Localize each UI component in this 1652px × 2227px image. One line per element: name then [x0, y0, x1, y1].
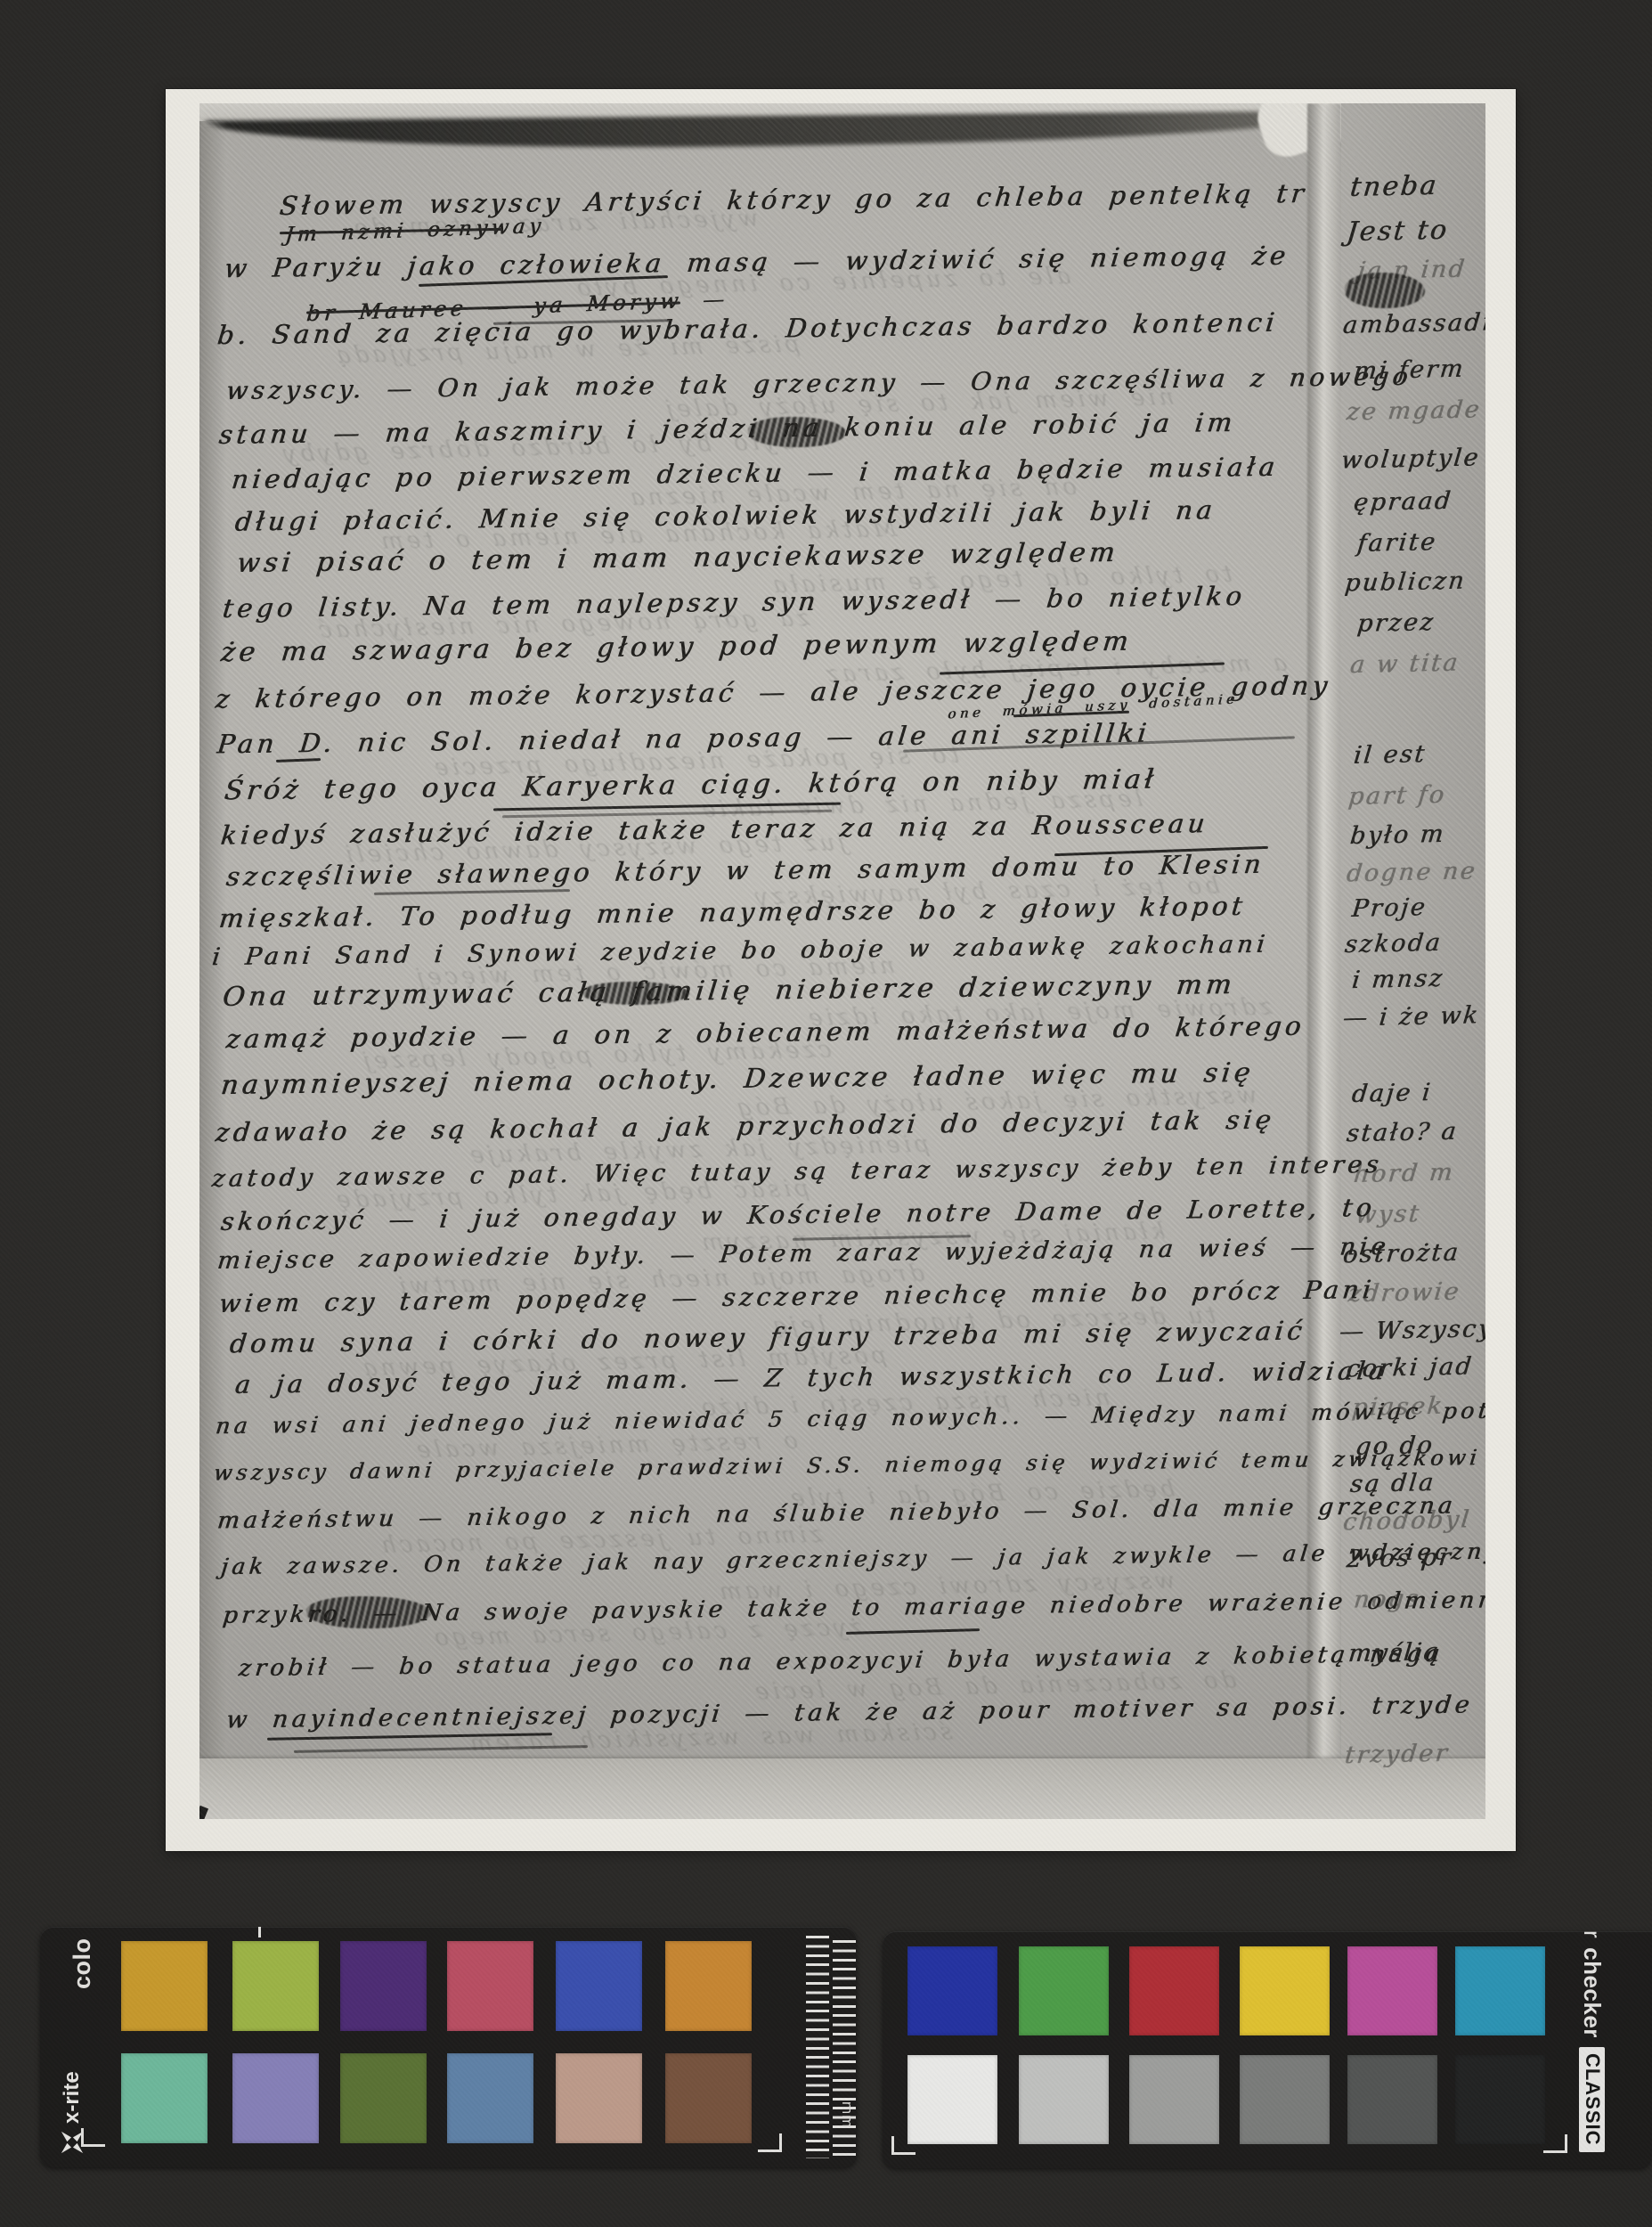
manuscript-line: wszyscy dawni przyjaciele prawdziwi S.S.…	[213, 1443, 1485, 1485]
color-patch-green	[1019, 1946, 1109, 2035]
color-patch-red	[1129, 1946, 1219, 2035]
margin-column-fragment: przez	[1355, 608, 1436, 638]
margin-column-fragment: stało? a	[1345, 1118, 1459, 1148]
mm-ruler-left-ticks	[806, 1936, 829, 2158]
corner-bracket	[1543, 2134, 1567, 2153]
margin-column-fragment: — i że wk	[1341, 1001, 1481, 1032]
margin-column-fragment: zdrowie	[1347, 1278, 1461, 1309]
corner-bracket	[758, 2133, 782, 2152]
color-patch-blue-flower	[232, 2053, 319, 2143]
ink-underline-stroke	[374, 889, 570, 895]
margin-column-fragment: — Wszyscy	[1338, 1315, 1485, 1346]
ink-scribble	[306, 1596, 431, 1628]
xrite-brand-text: x-rite	[60, 2071, 85, 2124]
color-patch-dark-skin	[665, 2053, 752, 2143]
ink-scribble	[582, 982, 689, 1005]
margin-column-fragment: part fo	[1347, 781, 1447, 811]
color-patch-cyan	[1455, 1946, 1545, 2035]
color-patch-purplish-blue	[556, 1941, 642, 2031]
margin-column-fragment: dogne ne	[1345, 857, 1477, 887]
margin-column-fragment: było m	[1348, 820, 1446, 850]
colorchecker-right-strip: orchecker CLASSIC	[883, 1931, 1652, 2168]
margin-column-fragment: ępraad	[1352, 487, 1453, 517]
registration-tick	[258, 1927, 261, 1937]
photo-paper: Słowem wszyscy Artyści którzy go za chle…	[166, 89, 1516, 1851]
margin-column-fragment: piasek	[1350, 1392, 1444, 1422]
margin-column-fragment: Proje	[1350, 893, 1428, 923]
margin-column-fragment: 2voś pr	[1345, 1544, 1453, 1574]
archival-photograph-scene: Słowem wszyscy Artyści którzy go za chle…	[0, 0, 1652, 2227]
color-patch-neutral-3.5	[1347, 2055, 1437, 2144]
colorchecker-name-label: orchecker CLASSIC	[1578, 1931, 1606, 2152]
margin-column-fragment: tneba	[1348, 170, 1439, 203]
color-patch-yellow-green	[232, 1941, 319, 2031]
margin-column-fragment: il est	[1352, 740, 1428, 770]
color-patch-light-skin	[556, 2053, 642, 2143]
color-patch-orange-yellow	[121, 1941, 208, 2031]
margin-column-fragment: chodobyl	[1341, 1505, 1472, 1536]
color-patch-neutral-6.5	[1129, 2055, 1219, 2144]
margin-column-fragment: mi ferm	[1352, 355, 1466, 386]
margin-column-fragment: ostrożta	[1341, 1239, 1461, 1269]
colorchecker-name-bold: checker	[1578, 1947, 1606, 2038]
color-patch-bluish-green	[121, 2053, 208, 2143]
margin-column-fragment: publiczn	[1343, 567, 1467, 598]
margin-column-fragment: są dla	[1348, 1469, 1436, 1498]
margin-column-fragment: farite	[1355, 528, 1438, 558]
margin-column-fragment: ambassadm	[1341, 308, 1485, 339]
margin-column-fragment: woluptyle	[1339, 444, 1481, 474]
color-patch-blue-sky	[447, 2053, 533, 2143]
corner-bracket	[81, 2128, 105, 2147]
margin-column-fragment: nogs	[1352, 1585, 1421, 1614]
photo-bottom-margin	[199, 1758, 1485, 1819]
ink-scribble	[1345, 273, 1425, 308]
margin-column-fragment: i mnsz	[1350, 965, 1444, 994]
color-patch-white	[907, 2055, 997, 2144]
colorchecker-left-strip: colo x-rite mm	[40, 1927, 857, 2167]
margin-column-fragment: trzyder	[1343, 1740, 1450, 1770]
margin-column-fragment: ze mgade	[1345, 396, 1482, 426]
margin-column-fragment: a w tita	[1348, 649, 1461, 680]
colorchecker-name-regular: or	[1578, 1931, 1606, 1938]
color-patch-magenta	[1347, 1946, 1437, 2035]
color-patch-moderate-red	[447, 1941, 533, 2031]
colorchecker-partial-label: colo	[69, 1937, 96, 1989]
margin-column-fragment: szkoda	[1343, 929, 1443, 959]
color-patch-foliage	[340, 2053, 427, 2143]
margin-column-fragment: myślia	[1347, 1638, 1441, 1668]
color-patch-neutral-8	[1019, 2055, 1109, 2144]
color-patch-neutral-5	[1240, 2055, 1330, 2144]
ink-scribble	[748, 417, 846, 447]
classic-badge: CLASSIC	[1579, 2047, 1605, 2152]
margin-column-fragment: Jest to	[1345, 215, 1450, 248]
margin-column-fragment: hord m	[1352, 1159, 1455, 1188]
margin-column-fragment: wyst	[1354, 1200, 1421, 1229]
color-patch-yellow	[1240, 1946, 1330, 2035]
mm-label-text: mm	[839, 2101, 856, 2128]
margin-column-fragment: corki jad	[1345, 1352, 1474, 1383]
margin-column-fragment: go do	[1354, 1432, 1435, 1461]
colorchecker-partial-label-text: colo	[69, 1937, 95, 1989]
color-patch-black	[1455, 2055, 1545, 2144]
ink-underline-stroke	[276, 758, 321, 763]
ink-underline-stroke	[846, 1628, 980, 1635]
mm-ruler-unit-label: mm	[838, 2101, 856, 2128]
color-patch-orange	[665, 1941, 752, 2031]
color-patch-blue	[907, 1946, 997, 2035]
photo-area: Słowem wszyscy Artyści którzy go za chle…	[199, 103, 1485, 1819]
margin-column-fragment: daje i	[1350, 1079, 1433, 1108]
color-patch-purple	[340, 1941, 427, 2031]
